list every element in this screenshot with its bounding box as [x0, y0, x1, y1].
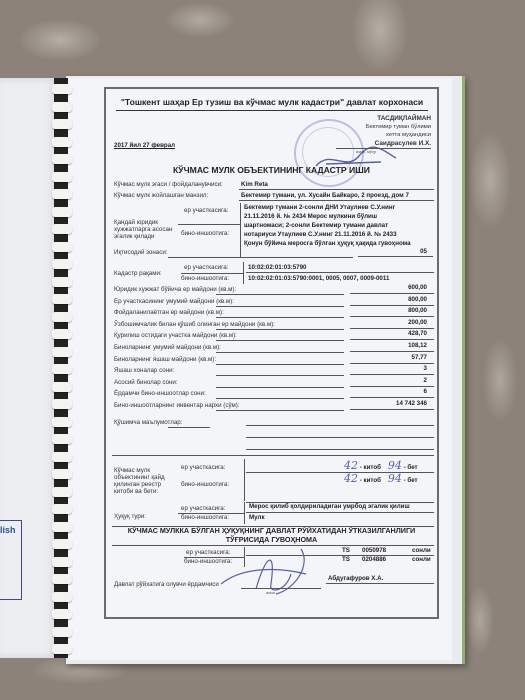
area-row-label: Ер участкасининг умумий майдони (кв.м): [114, 298, 234, 306]
binder-ring [52, 574, 72, 584]
approval-line2: кетта муҳандиси [386, 132, 431, 139]
certificate-land-suffix: сонли [412, 547, 431, 555]
registry-building-book-word: - китоб [360, 477, 381, 484]
economic-zone-label: Иқтисодий зонаси: [114, 249, 168, 257]
area-row-label: Бино-иншоотларнинг инвентар нархи (сўм): [114, 402, 240, 410]
cadastre-label: Кадастр рақами: [114, 270, 162, 278]
area-row-dots [216, 306, 344, 307]
area-row-value: 800,00 [408, 307, 427, 315]
legal-docs-divider [178, 224, 240, 225]
registrar-sign-line [241, 588, 321, 589]
legal-docs-building-label: бино-иншоотига: [181, 230, 229, 238]
binder-ring [52, 207, 72, 217]
organization-header: "Тошкент шаҳар Ер тузиш ва кўчмас мулк к… [116, 97, 428, 111]
owner-value: Kim Reta [241, 181, 268, 189]
right-type-building-label: бино-иншоотига: [181, 514, 229, 522]
area-row-value: 600,00 [408, 284, 427, 292]
area-row-value: 3 [424, 365, 427, 373]
area-row-value-line [350, 293, 434, 294]
certificate-building-series: TS [342, 556, 350, 564]
area-row-dots [216, 317, 344, 318]
area-row-dots [216, 375, 344, 376]
area-row-value: 200,00 [408, 319, 427, 327]
cadastre-land-line [246, 272, 434, 273]
binder-ring [52, 452, 72, 462]
binder-ring [52, 329, 72, 339]
binder-ring [52, 539, 72, 549]
approval-sign-note: имзо, мӯҳр [356, 149, 376, 154]
area-row-value-line [350, 374, 434, 375]
binder-ring [52, 242, 72, 252]
right-type-divider [178, 513, 244, 514]
right-type-land-value: Мерос қилиб қолдириладиган умрбод эгалик… [249, 503, 410, 511]
approval-title: ТАСДИҚЛАЙМАН [377, 115, 431, 123]
area-row-label: Юридик хужжат бўйича ер майдони (кв.м): [114, 286, 236, 294]
area-row-value-line [350, 397, 434, 398]
owner-underline [239, 189, 434, 190]
cadastre-land-label: ер участкасига: [184, 264, 228, 272]
area-row-dots [216, 387, 344, 388]
section-divider [112, 455, 434, 456]
document-frame: "Тошкент шаҳар Ер тузиш ва кўчмас мулк к… [104, 87, 439, 619]
certificate-title-line2: ТЎҒРИСИДА ГУВОҲНОМА [106, 535, 437, 544]
binder-ring [52, 224, 72, 234]
binder-ring [52, 434, 72, 444]
area-row-label: Қурилиш остидаги участка майдони (кв.м): [114, 332, 237, 340]
registrar-name-line [326, 583, 434, 584]
left-page-stamp: lish [0, 520, 22, 600]
certificate-land-number: 0050978 [362, 547, 386, 555]
binder-ring [52, 417, 72, 427]
approval-line1: Бектемир туман бўлими [366, 124, 431, 131]
binder-ring [52, 102, 72, 112]
area-row-dots [216, 364, 344, 365]
legal-docs-land-label: ер участкасига: [184, 207, 228, 215]
registry-land-book-word: - китоб [360, 464, 381, 471]
area-row-value: 2 [424, 377, 427, 385]
registrar-signature-icon [216, 544, 326, 604]
area-row-value: 57,77 [412, 354, 427, 362]
area-row-value-line [350, 363, 434, 364]
right-type-land-label: ер участкасига: [181, 505, 225, 513]
additional-line-a [168, 427, 210, 428]
binder-ring [52, 592, 72, 602]
binder-ring [52, 189, 72, 199]
right-type-vline [244, 502, 245, 524]
registrar-name: Абдугафуров Х.А. [328, 575, 383, 583]
document-title: КЎЧМАС МУЛК ОБЪЕКТИНИНГ КАДАСТР ИШИ [106, 165, 437, 176]
registry-building-page: 94 [388, 472, 402, 485]
address-underline [239, 200, 434, 201]
additional-info-label: Қўшимча маълумотлар: [114, 419, 182, 427]
area-row-label: Биноларнинг яшаш майдони (кв.м): [114, 356, 216, 364]
binder-ring [52, 277, 72, 287]
left-page-fragment-text: lish [0, 525, 16, 535]
additional-line-3 [246, 449, 434, 450]
additional-line-1 [246, 425, 434, 426]
area-row-value: 428,70 [408, 330, 427, 338]
registry-land-page: 94 [388, 459, 402, 472]
area-row-value-line [350, 339, 434, 340]
registry-land-entry: 42 - китоб 94 - бет [344, 459, 418, 473]
area-row-value: 14 742 346 [396, 400, 427, 408]
approval-name: Саидрасулев И.Х. [375, 140, 431, 148]
binder-ring [52, 347, 72, 357]
area-row-value-line [350, 305, 434, 306]
binder-ring [52, 172, 72, 182]
area-row-value-line [350, 328, 434, 329]
area-row-value: 108,12 [408, 342, 427, 350]
binder-ring [52, 259, 72, 269]
binder-ring [52, 504, 72, 514]
certificate-title-line1: КЎЧМАС МУЛККА БЎЛГАН ҲУҚУҚНИНГ ДАВЛАТ РЎ… [106, 526, 437, 535]
right-type-label: Ҳуқуқ тури: [114, 513, 146, 521]
document-page: "Тошкент шаҳар Ер тузиш ва кўчмас мулк к… [68, 78, 452, 660]
area-row-label: Фойдаланилаётган ер майдони (кв.м): [114, 309, 224, 317]
area-row-label: Биноларнинг умумий майдони (кв.м): [114, 344, 221, 352]
binder-ring [52, 84, 72, 94]
area-row-value-line [350, 351, 434, 352]
registry-building-book: 42 [344, 472, 358, 485]
registry-building-entry: 42 - китоб 94 - бет [344, 472, 418, 486]
area-row-dots [216, 294, 344, 295]
legal-docs-label-3: эгалик қилади [114, 233, 155, 241]
economic-zone-underline [168, 257, 353, 258]
binder-ring [52, 312, 72, 322]
binder-ring [52, 522, 72, 532]
area-row-dots [216, 329, 344, 330]
binder-ring [52, 399, 72, 409]
area-row-value: 6 [424, 388, 427, 396]
cadastre-building-value: 10:02:02:01:03:5790:0001, 0005, 0007, 00… [248, 275, 389, 283]
approval-sign-line [336, 148, 431, 149]
binder-ring [52, 627, 72, 637]
right-type-line [246, 512, 434, 513]
area-row-value-line [350, 386, 434, 387]
legal-docs-line-1: Бектемир тумани 2-сонли ДНИ Утаулиев С.У… [244, 204, 395, 212]
registry-building-label: бино-иншоотига: [181, 481, 229, 489]
binder-ring [52, 469, 72, 479]
area-row-dots [216, 340, 344, 341]
registry-land-label: ер участкасига: [181, 464, 225, 472]
cadastre-vline [243, 262, 244, 284]
registrar-label: Давлат рўйхатига олувчи ёрдамчиси [114, 581, 219, 589]
certificate-top-line [112, 526, 434, 527]
certificate-building-number: 0204886 [362, 556, 386, 564]
economic-zone-value: 05 [420, 248, 427, 256]
registry-land-book: 42 [344, 459, 358, 472]
cadastre-building-label: бино-иншоотига: [181, 275, 229, 283]
area-row-dots [216, 398, 344, 399]
binder-ring [52, 644, 72, 654]
binder-ring [52, 137, 72, 147]
area-row-label: Ўзбошимчалик билан қўшиб олинган ер майд… [114, 321, 275, 329]
legal-docs-line-3: шартномаси; 2-сонли Бектемир тумани давл… [244, 222, 388, 230]
registry-land-page-word: - бет [404, 464, 418, 471]
cadastre-divider [181, 273, 243, 274]
area-row-value-line [350, 409, 434, 410]
binder-ring [52, 487, 72, 497]
registry-building-page-word: - бет [404, 477, 418, 484]
right-type-building-value: Мулк [249, 514, 265, 522]
economic-zone-value-line [358, 256, 433, 257]
binder-ring [52, 609, 72, 619]
binder-ring [52, 364, 72, 374]
certificate-land-series: TS [342, 547, 350, 555]
area-row-value: 800,00 [408, 296, 427, 304]
legal-docs-line-5: Қонун бўйича меросга бўлган ҳуқуқ ҳақида… [244, 240, 411, 248]
binder-ring [52, 557, 72, 567]
binder-ring [52, 119, 72, 129]
registry-label-4: китоби ва бети: [114, 488, 158, 496]
address-value: Бектемир тумани, ул. Хусайн Байкаро, 2 п… [241, 192, 409, 200]
area-row-dots [216, 410, 344, 411]
registrar-sign-note: имзо [266, 590, 275, 595]
legal-docs-vline [240, 203, 241, 257]
additional-line-2 [246, 437, 434, 438]
registry-vline [244, 459, 245, 501]
owner-label: Кўчмас мулк эгаси / фойдаланувчиси: [114, 181, 223, 189]
area-row-dots [216, 352, 344, 353]
area-row-value-line [350, 316, 434, 317]
area-row-label: Асосий бинолар сони: [114, 379, 178, 387]
certificate-building-suffix: сонли [412, 556, 431, 564]
binder-ring [52, 382, 72, 392]
cadastre-land-value: 10:02:02:01:03:5790 [248, 264, 306, 272]
area-row-label: Ёрдамчи бино-иншоотлар сони: [114, 390, 206, 398]
document-date: 2017 йил 27 феврал [114, 142, 175, 150]
area-row-label: Яшаш хоналар сони: [114, 367, 174, 375]
legal-docs-line-4: нотариуси Утаулиев С.У.нинг 21.11.2016 й… [244, 231, 397, 239]
legal-docs-line-2: 21.11.2016 й. № 2434 Мерос мулкини бўлиш [244, 213, 377, 221]
binder-ring [52, 154, 72, 164]
binder-ring [52, 294, 72, 304]
address-label: Кўчмас мулк жойлашган манзил: [114, 192, 208, 200]
